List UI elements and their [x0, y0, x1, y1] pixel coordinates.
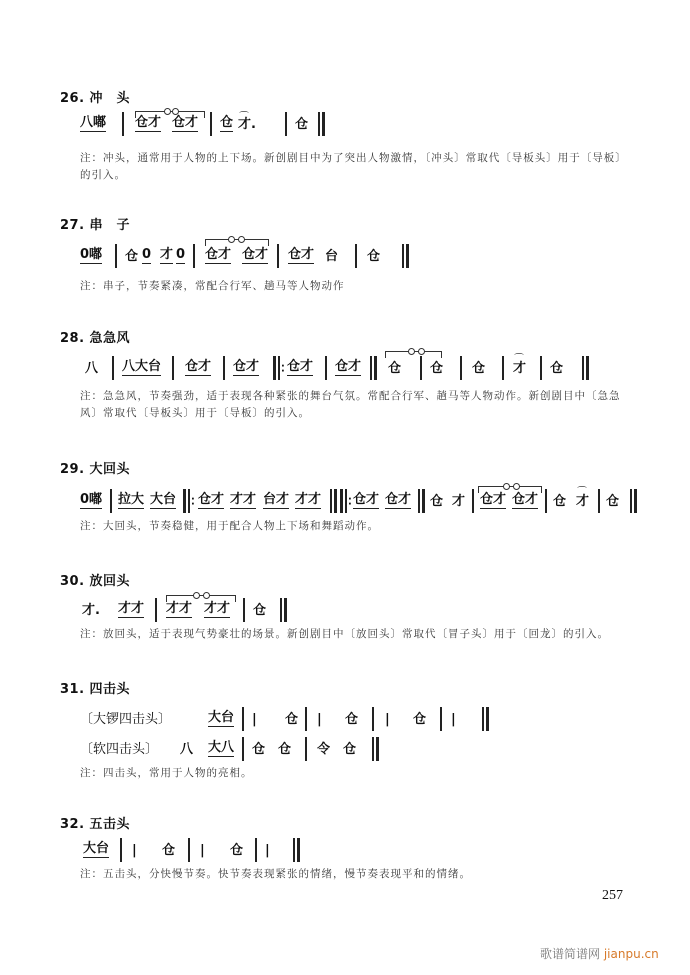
notation-token: |: [451, 712, 456, 727]
notation-token: 仓: [550, 357, 563, 376]
notation-line-30: 才. 才才 才才 才才 仓: [80, 594, 310, 624]
notation-token: 仓: [253, 599, 266, 618]
barline: [545, 489, 547, 513]
notation-token: 仓: [345, 708, 358, 727]
notation-token: 仓: [430, 490, 443, 509]
notation-token: 才才: [204, 597, 230, 618]
notation-token: 仓才: [242, 243, 268, 264]
notation-token: 才才: [295, 488, 321, 509]
notation-token: 台: [325, 245, 338, 264]
notation-token: 0嘟: [80, 488, 102, 509]
final-barline: [293, 838, 299, 862]
notation-token: 令: [317, 738, 330, 757]
barline: [355, 244, 357, 268]
notation-token: 大台: [150, 488, 176, 509]
notation-token: 仓: [367, 245, 380, 264]
final-barline: [402, 244, 408, 268]
notation-token: 仓: [388, 357, 401, 376]
barline: [420, 356, 422, 380]
barline: [112, 356, 114, 380]
notation-token: 仓: [606, 490, 619, 509]
notation-token: 仓才: [198, 488, 224, 509]
barline: [242, 737, 244, 761]
section-title-32: 32. 五击头: [60, 813, 130, 832]
barline: [122, 112, 124, 136]
notation-token: 仓: [252, 738, 265, 757]
notation-token: 才.: [82, 599, 100, 618]
notation-token: 大台: [83, 837, 109, 858]
barline: [242, 707, 244, 731]
barline: [155, 598, 157, 622]
notation-token: 仓才: [480, 488, 506, 509]
note-29: 注：大回头，节奏稳健，用于配合人物上下场和舞蹈动作。: [80, 518, 632, 535]
notation-token: 仓才: [135, 111, 161, 132]
notation-token: 0嘟: [80, 243, 102, 264]
notation-token: 才: [513, 357, 526, 376]
barline: [460, 356, 462, 380]
notation-token: 仓: [220, 111, 233, 132]
notation-token: 才才: [118, 597, 144, 618]
notation-token: 仓: [553, 490, 566, 509]
notation-token: 0: [142, 247, 151, 264]
notation-token: 仓才: [335, 355, 361, 376]
notation-token: |: [385, 712, 390, 727]
repeat-start-barline: ··: [183, 489, 193, 513]
notation-token: 才: [452, 490, 465, 509]
section-title-27: 27. 串 子: [60, 214, 130, 233]
watermark-link[interactable]: jianpu.cn: [604, 947, 659, 961]
notation-line-32: 大台 | 仓 | 仓 |: [80, 834, 320, 864]
notation-token: 才: [576, 490, 589, 509]
notation-token: 才才: [230, 488, 256, 509]
notation-token: 八: [85, 357, 98, 376]
notation-token: 0: [176, 247, 185, 264]
notation-token: 仓: [413, 708, 426, 727]
notation-token: 才.: [238, 113, 256, 132]
notation-token: |: [265, 843, 270, 858]
repeat-end-barline: [370, 356, 376, 380]
notation-token: 仓才: [288, 243, 314, 264]
notation-token: 才才: [166, 597, 192, 618]
barline: [598, 489, 600, 513]
notation-token: 台才: [263, 488, 289, 509]
barline: [172, 356, 174, 380]
notation-token: 仓才: [233, 355, 259, 376]
barline: [325, 356, 327, 380]
note-26: 注：冲头，通常用于人物的上下场。新创剧目中为了突出人物激情，〔冲头〕常取代〔导板…: [80, 150, 632, 184]
notation-token: 仓: [430, 357, 443, 376]
notation-token: 仓: [125, 245, 138, 264]
final-barline: [630, 489, 636, 513]
notation-token: 仓才: [287, 355, 313, 376]
barline: [472, 489, 474, 513]
repeat-end-barline: [418, 489, 424, 513]
repeat-start-barline: ··: [340, 489, 350, 513]
notation-token: 仓才: [353, 488, 379, 509]
note-30: 注：放回头，适于表现气势豪壮的场景。新创剧目中〔放回头〕常取代〔冒子头〕用于〔回…: [80, 626, 632, 643]
notation-token: 仓才: [385, 488, 411, 509]
notation-token: |: [317, 712, 322, 727]
section-title-29: 29. 大回头: [60, 458, 130, 477]
notation-token: 仓: [295, 113, 308, 132]
notation-label: 〔大锣四击头〕: [80, 708, 171, 727]
barline: [193, 244, 195, 268]
final-barline: [482, 707, 488, 731]
barline: [110, 489, 112, 513]
watermark: 歌谱简谱网 jianpu.cn: [540, 945, 659, 962]
note-28: 注：急急风，节奏强劲，适于表现各种紧张的舞台气氛。常配合行军、趟马等人物动作。新…: [80, 388, 632, 422]
notation-token: 大八: [208, 736, 234, 757]
notation-token: 八嘟: [80, 111, 106, 132]
note-27: 注：串子，节奏紧凑，常配合行军、趟马等人物动作: [80, 278, 632, 295]
barline: [372, 707, 374, 731]
repeat-start-barline: ··: [273, 356, 283, 380]
notation-line-28: 八 八大台 仓才 仓才 ·· 仓才 仓才 仓 仓 仓 ⌒ 才 仓: [80, 352, 600, 382]
notation-token: 仓: [162, 839, 175, 858]
barline: [255, 838, 257, 862]
notation-line-31b: 〔软四击头〕 八 大八 仓 仓 令 仓: [80, 733, 400, 763]
notation-token: 仓: [472, 357, 485, 376]
barline: [277, 244, 279, 268]
barline: [120, 838, 122, 862]
final-barline: [582, 356, 588, 380]
notation-token: |: [200, 843, 205, 858]
note-32: 注：五击头，分快慢节奏。快节奏表现紧张的情绪，慢节奏表现平和的情绪。: [80, 866, 632, 883]
barline: [502, 356, 504, 380]
watermark-cn: 歌谱简谱网: [540, 947, 600, 961]
notation-token: 仓: [343, 738, 356, 757]
barline: [210, 112, 212, 136]
notation-line-27: 0嘟 仓 0 才 0 仓才 仓才 仓才 台 仓: [80, 240, 420, 270]
final-barline: [372, 737, 378, 761]
notation-line-29: 0嘟 拉大 大台 ·· 仓才 才才 台才 才才 ·· 仓才 仓才 仓 才 仓才 …: [80, 485, 640, 515]
section-title-30: 30. 放回头: [60, 570, 130, 589]
barline: [540, 356, 542, 380]
section-title-31: 31. 四击头: [60, 678, 130, 697]
notation-token: 仓: [278, 738, 291, 757]
notation-line-31a: 〔大锣四击头〕 大台 | 仓 | 仓 | 仓 |: [80, 703, 500, 733]
notation-token: 仓才: [172, 111, 198, 132]
notation-token: 仓才: [205, 243, 231, 264]
notation-token: 仓才: [512, 488, 538, 509]
barline: [243, 598, 245, 622]
page-number: 257: [602, 888, 623, 904]
notation-token: 八: [180, 738, 193, 757]
notation-token: 才: [160, 243, 173, 264]
repeat-end-barline: [330, 489, 336, 513]
notation-token: 仓: [285, 708, 298, 727]
barline: [115, 244, 117, 268]
barline: [223, 356, 225, 380]
notation-token: |: [132, 843, 137, 858]
final-barline: [318, 112, 324, 136]
note-31: 注：四击头，常用于人物的亮相。: [80, 765, 632, 782]
section-title-28: 28. 急急风: [60, 327, 130, 346]
notation-token: 八大台: [122, 355, 161, 376]
notation-token: 大台: [208, 706, 234, 727]
barline: [188, 838, 190, 862]
notation-token: 仓: [230, 839, 243, 858]
barline: [305, 737, 307, 761]
section-title-26: 26. 冲 头: [60, 87, 130, 106]
barline: [285, 112, 287, 136]
notation-token: |: [252, 712, 257, 727]
barline: [440, 707, 442, 731]
barline: [305, 707, 307, 731]
notation-label: 〔软四击头〕: [80, 738, 158, 757]
notation-token: 仓才: [185, 355, 211, 376]
notation-token: 拉大: [118, 488, 144, 509]
final-barline: [280, 598, 286, 622]
notation-line-26: 八嘟 仓才 仓才 仓 ⌒ 才. 仓: [80, 108, 340, 138]
